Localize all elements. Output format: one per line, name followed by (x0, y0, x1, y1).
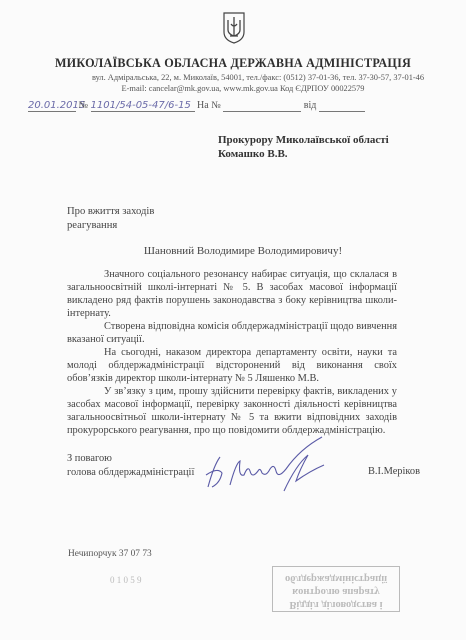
subject-line-2: реагування (67, 219, 154, 233)
closing: З повагою голова облдержадміністрації (67, 452, 194, 479)
office-stamp: Відділ діловодства і контролю апарату об… (272, 566, 400, 612)
coat-of-arms-icon (222, 12, 246, 44)
letter-body: Значного соціального резонансу набирає с… (67, 268, 397, 437)
signer-name: В.І.Меріков (368, 466, 420, 477)
stamp-line-2: контролю апарату (273, 585, 399, 598)
reply-to-blank (223, 101, 301, 112)
addressee: Прокурору Миколаївської області Комашко … (218, 133, 389, 161)
subject-line-1: Про вжиття заходів (67, 205, 154, 219)
subject: Про вжиття заходів реагування (67, 205, 154, 233)
faded-registration-mark: 0 1 0 5 9 (110, 575, 142, 585)
executor-contact: Нечипорчук 37 07 73 (68, 549, 152, 559)
greeting: Шановний Володимире Володимировичу! (0, 245, 466, 257)
from-label: від (304, 100, 317, 111)
registration-line: 20.01.2015 № 1101/54-05-47/6-15 На № від (28, 100, 365, 112)
stamp-line-1: Відділ діловодства і (273, 598, 399, 611)
reply-to-label: На № (197, 100, 221, 111)
outgoing-date: 20.01.2015 (28, 100, 76, 112)
contact-line: E-mail: cancelar@mk.gov.ua, www.mk.gov.u… (0, 84, 466, 93)
body-paragraph: Значного соціального резонансу набирає с… (67, 268, 397, 320)
number-label: № (79, 100, 89, 111)
signature-icon (200, 425, 340, 495)
signer-position: голова облдержадміністрації (67, 466, 194, 480)
address-line: вул. Адміральська, 22, м. Миколаїв, 5400… (0, 73, 466, 82)
stamp-line-3: облдержадміністрації (273, 572, 399, 585)
organization-name: МИКОЛАЇВСЬКА ОБЛАСНА ДЕРЖАВНА АДМІНІСТРА… (0, 56, 466, 71)
body-paragraph: Створена відповідна комісія облдержадмін… (67, 320, 397, 346)
addressee-title: Прокурору Миколаївської області (218, 133, 389, 147)
closing-regards: З повагою (67, 452, 194, 466)
addressee-name: Комашко В.В. (218, 147, 389, 161)
from-date-blank (319, 101, 365, 112)
body-paragraph: На сьогодні, наказом директора департаме… (67, 346, 397, 385)
outgoing-number: 1101/54-05-47/6-15 (91, 100, 195, 112)
